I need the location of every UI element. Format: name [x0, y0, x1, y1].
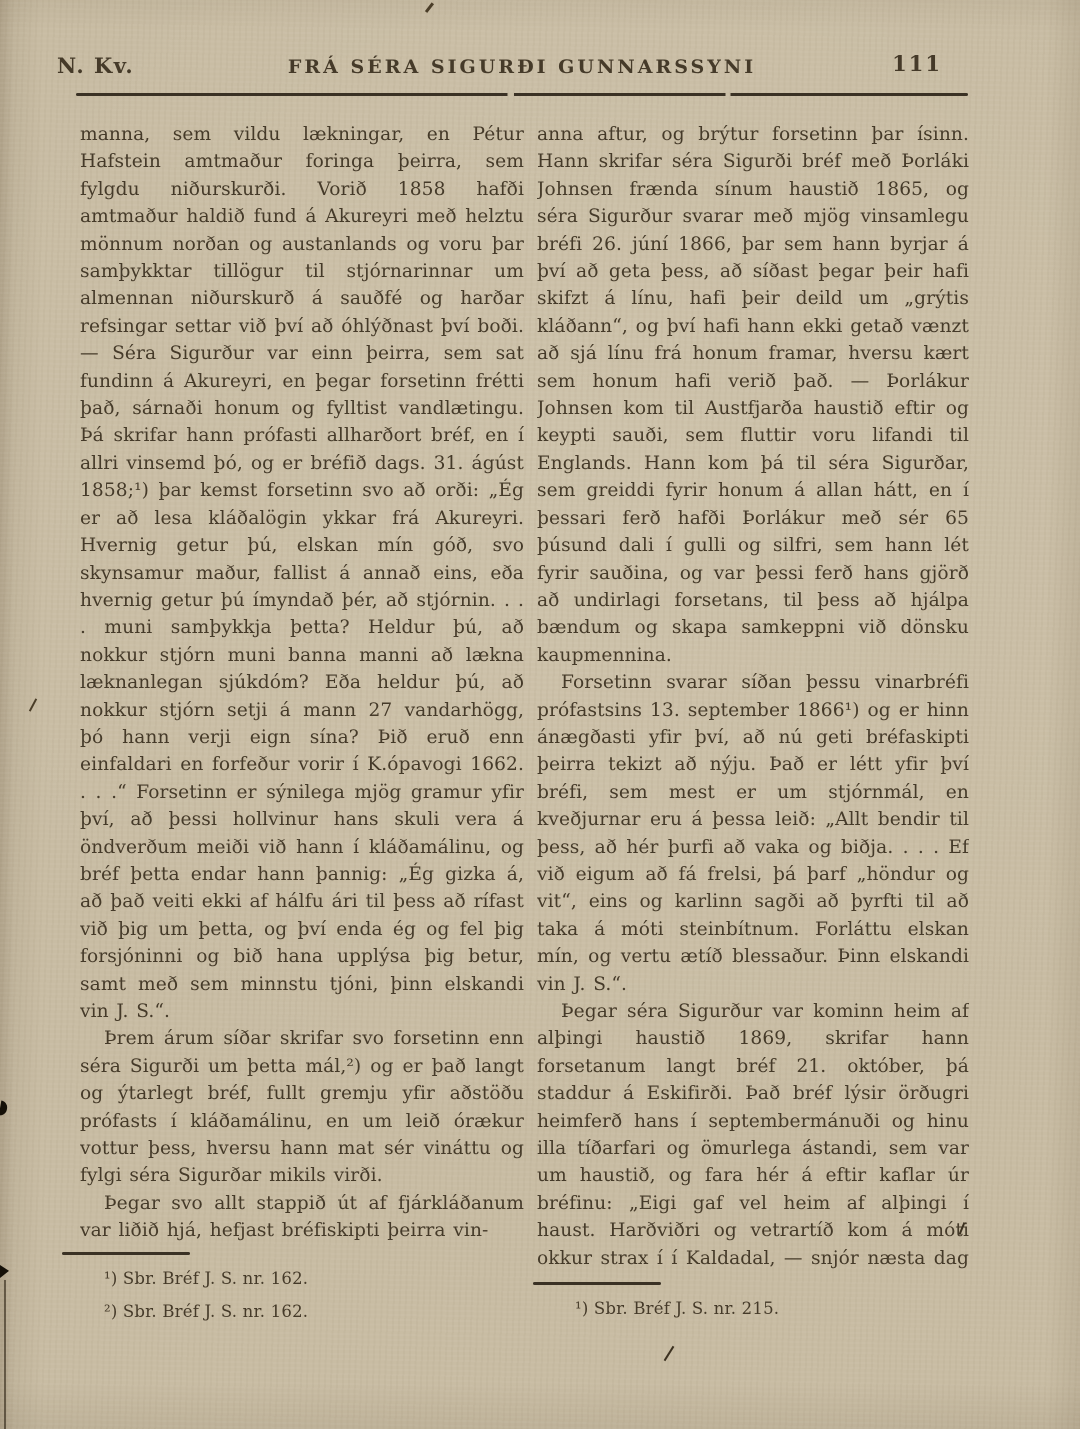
paragraph: Þegar séra Sigurður var kominn heim af a… [537, 998, 969, 1273]
paper-speck [29, 698, 37, 711]
paper-speck [425, 2, 434, 12]
page-number: 111 [892, 51, 942, 76]
paragraph: manna, sem vildu lækningar, en Pétur Haf… [80, 121, 524, 1025]
running-head-title: FRÁ SÉRA SIGURÐI GUNNARSSYNI [288, 56, 756, 78]
right-column: anna aftur, og brýtur forsetinn þar ísin… [537, 121, 969, 1273]
page-edge-ink-mark [0, 1265, 9, 1278]
running-head-chapter: N. Kv. [57, 53, 134, 78]
footnote: ¹) Sbr. Bréf J. S. nr. 162. [62, 1262, 502, 1296]
paper-speck [664, 1346, 675, 1361]
book-page: N. Kv. FRÁ SÉRA SIGURÐI GUNNARSSYNI 111 … [0, 0, 1080, 1429]
footnote: ²) Sbr. Bréf J. S. nr. 162. [62, 1295, 502, 1329]
left-column: manna, sem vildu lækningar, en Pétur Haf… [80, 121, 524, 1247]
right-footnotes: ¹) Sbr. Bréf J. S. nr. 215. [533, 1282, 963, 1325]
footnote-separator [533, 1282, 661, 1285]
left-footnotes: ¹) Sbr. Bréf J. S. nr. 162. ²) Sbr. Bréf… [62, 1252, 502, 1329]
footnote-separator [62, 1252, 190, 1255]
page-edge-line [4, 1280, 6, 1429]
footnote: ¹) Sbr. Bréf J. S. nr. 215. [533, 1292, 963, 1326]
header-rule [76, 93, 968, 96]
page-edge-ink-mark [0, 1101, 8, 1117]
paragraph: Forsetinn svarar síðan þessu vinarbréfi … [537, 669, 969, 998]
paragraph: anna aftur, og brýtur forsetinn þar ísin… [537, 121, 969, 669]
paragraph: Þegar svo allt stappið út af fjárkláðanu… [80, 1190, 524, 1245]
paragraph: Þrem árum síðar skrifar svo forsetinn en… [80, 1025, 524, 1189]
